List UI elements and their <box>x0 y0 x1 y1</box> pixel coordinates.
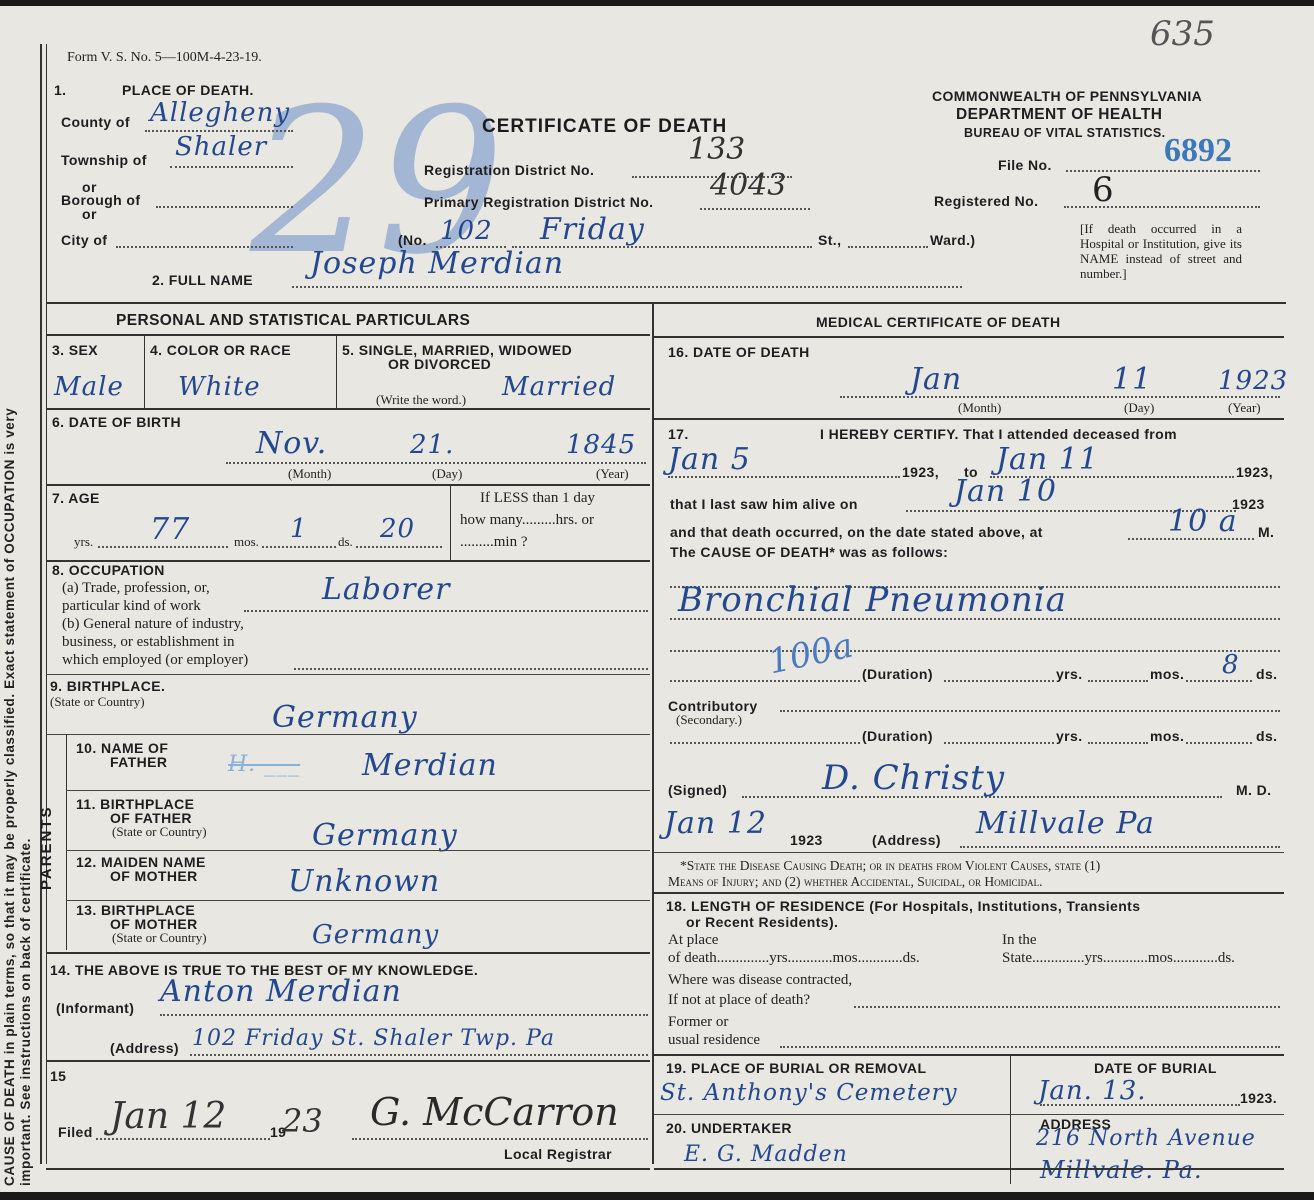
age-days: 20 <box>380 514 415 544</box>
race-value: White <box>178 372 261 402</box>
physician-address-value: Millvale Pa <box>976 806 1155 841</box>
pencil-code: 100a <box>765 626 857 683</box>
dob-year: 1845 <box>566 430 636 460</box>
undertaker-label: 20. UNDERTAKER <box>666 1120 792 1136</box>
personal-heading: PERSONAL AND STATISTICAL PARTICULARS <box>116 312 470 330</box>
file-no-label: File No. <box>998 157 1052 173</box>
mother-birthplace-value: Germany <box>312 920 439 950</box>
burial-date-label: DATE OF BURIAL <box>1094 1060 1217 1076</box>
side-instructions: CAUSE OF DEATH in plain terms, so that i… <box>2 408 34 1186</box>
occupation-label: 8. OCCUPATION <box>52 562 165 578</box>
sex-label: 3. SEX <box>52 342 98 358</box>
primary-district-value: 4043 <box>710 168 786 203</box>
physician-address-label: (Address) <box>872 832 941 848</box>
former-residence-label: usual residence <box>668 1032 760 1049</box>
city-label: City of <box>61 232 107 248</box>
race-label: 4. COLOR OR RACE <box>150 342 291 358</box>
physician-signature: D. Christy <box>822 758 1005 798</box>
left-border <box>40 44 42 1164</box>
contracted-label: If not at place of death? <box>668 992 810 1009</box>
reg-district-value: 133 <box>688 132 745 167</box>
place-of-death-heading: PLACE OF DEATH. <box>122 82 254 98</box>
registrar-label: Local Registrar <box>504 1146 612 1162</box>
time-of-death: 10 a <box>1168 504 1238 539</box>
hospital-note: [If death occurred in a Hospital or Inst… <box>1080 221 1242 281</box>
last-saw-date: Jan 10 <box>954 474 1057 509</box>
undertaker-address-2: Millvale. Pa. <box>1040 1156 1203 1184</box>
registrar-signature: G. McCarron <box>370 1090 619 1134</box>
sex-value: Male <box>54 372 124 402</box>
full-name-label: 2. FULL NAME <box>152 272 253 288</box>
occupation-value: Laborer <box>322 572 451 607</box>
informant-label: (Informant) <box>56 1000 134 1016</box>
registered-no-label: Registered No. <box>934 193 1038 209</box>
burial-place-label: 19. PLACE OF BURIAL OR REMOVAL <box>666 1060 926 1076</box>
borough-label: Borough of <box>61 192 140 208</box>
footnote-2: Means of Injury; and (2) whether Acciden… <box>668 874 1043 890</box>
sign-year: 1923 <box>790 832 823 848</box>
street-name-value: Friday <box>540 212 645 247</box>
birthplace-value: Germany <box>272 700 418 735</box>
death-certificate: CAUSE OF DEATH in plain terms, so that i… <box>0 6 1314 1192</box>
township-label: Township of <box>61 152 147 168</box>
county-label: County of <box>61 114 130 130</box>
residence-label: 18. LENGTH OF RESIDENCE (For Hospitals, … <box>666 898 1140 914</box>
father-value: Merdian <box>362 748 498 783</box>
cause-label: The CAUSE OF DEATH* was as follows: <box>670 544 948 560</box>
burial-year: 1923. <box>1240 1090 1277 1106</box>
attended-from: Jan 5 <box>668 442 751 477</box>
parents-label: PARENTS <box>38 805 55 890</box>
cause-of-death-value: Bronchial Pneumonia <box>678 580 1067 620</box>
borough-field <box>156 206 293 208</box>
authority-1: COMMONWEALTH OF PENNSYLVANIA <box>932 88 1202 104</box>
dod-month: Jan <box>910 362 962 397</box>
dod-day: 11 <box>1112 362 1152 397</box>
duration-days: 8 <box>1222 650 1240 680</box>
form-id: Form V. S. No. 5—100M-4-23-19. <box>67 50 262 66</box>
informant-address-label: (Address) <box>110 1040 179 1056</box>
mother-value: Unknown <box>288 864 440 899</box>
father-birthplace-value: Germany <box>312 818 458 853</box>
age-months: 1 <box>290 514 308 544</box>
dod-year: 1923 <box>1218 366 1288 396</box>
filed-date: Jan 12 <box>110 1096 226 1137</box>
section-1-num: 1. <box>54 82 66 98</box>
dob-month: Nov. <box>256 426 327 461</box>
primary-district-label: Primary Registration District No. <box>424 194 653 210</box>
authority-3: BUREAU OF VITAL STATISTICS. <box>964 126 1166 140</box>
dob-day: 21. <box>410 430 454 460</box>
attended-to: Jan 11 <box>996 442 1099 477</box>
city-field <box>116 246 293 248</box>
last-saw-label: that I last saw him alive on <box>670 496 858 512</box>
age-years: 77 <box>150 512 190 547</box>
filed-label: Filed <box>58 1124 93 1140</box>
certify-text: I HEREBY CERTIFY. That I attended deceas… <box>820 426 1177 442</box>
father-struck: H. ___ <box>228 752 300 777</box>
street-no-value: 102 <box>440 216 493 246</box>
burial-place-value: St. Anthony's Cemetery <box>660 1080 958 1106</box>
age-label: 7. AGE <box>52 490 100 506</box>
footnote-1: *State the Disease Causing Death; or in … <box>680 858 1100 874</box>
left-border-inner <box>46 44 47 1164</box>
page-number: 635 <box>1150 14 1215 54</box>
signed-label: (Signed) <box>668 782 727 798</box>
file-no-stamp: 6892 <box>1164 132 1232 170</box>
duration-label: (Duration) <box>862 666 933 682</box>
registered-no-value: 6 <box>1092 170 1114 210</box>
township-value: Shaler <box>175 132 267 162</box>
undertaker-address-1: 216 North Avenue <box>1036 1126 1256 1151</box>
sign-date: Jan 12 <box>664 806 767 841</box>
reg-district-label: Registration District No. <box>424 162 594 178</box>
medical-heading: MEDICAL CERTIFICATE OF DEATH <box>816 314 1061 330</box>
dod-label: 16. DATE OF DEATH <box>668 344 810 360</box>
dob-label: 6. DATE OF BIRTH <box>52 414 181 430</box>
birthplace-label: 9. BIRTHPLACE. <box>50 678 165 694</box>
authority-2: DEPARTMENT OF HEALTH <box>956 106 1162 124</box>
column-divider <box>652 304 654 1164</box>
residence-in-state: State..............yrs............mos...… <box>1002 950 1235 967</box>
occurred-label: and that death occurred, on the date sta… <box>670 524 1043 540</box>
county-value: Allegheny <box>150 98 290 128</box>
burial-date-value: Jan. 13. <box>1038 1076 1147 1106</box>
marital-value: Married <box>502 372 616 402</box>
informant-value: Anton Merdian <box>160 974 402 1009</box>
informant-address-value: 102 Friday St. Shaler Twp. Pa <box>192 1026 555 1051</box>
full-name-value: Joseph Merdian <box>310 246 564 281</box>
residence-at-place: of death..............yrs............mos… <box>668 950 920 967</box>
filed-year: 23 <box>282 1102 323 1140</box>
undertaker-value: E. G. Madden <box>684 1142 848 1167</box>
